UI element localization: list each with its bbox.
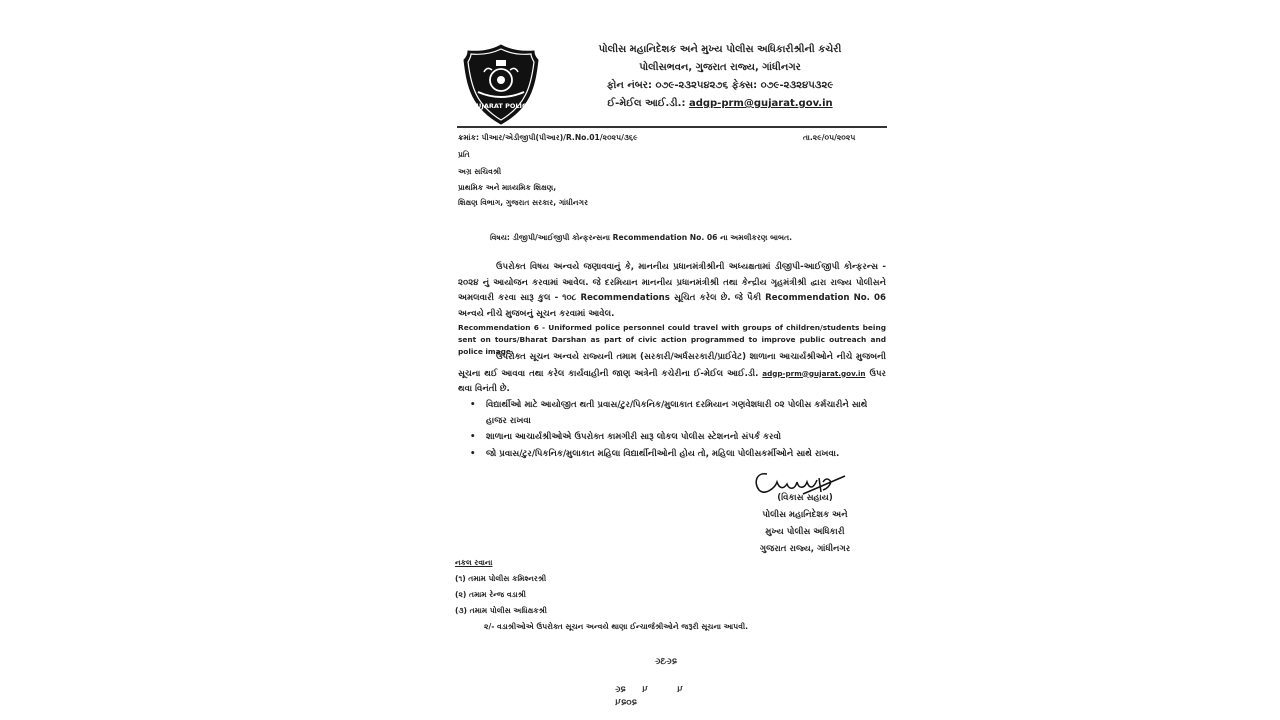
instruction-item: જો પ્રવાસ/ટુર/પિકનિક/મુલાકાત મહિલા વિદ્ય… xyxy=(470,447,886,463)
signatory-title: મુખ્ય પોલીસ અધિકારી xyxy=(740,524,870,541)
reference-number: ક્રમાંક: પીઆર/એડીજીપી(પીઆર)/R.No.01/૨૦૨૫… xyxy=(458,133,638,143)
signatory-title: પોલીસ મહાનિદેશક અને xyxy=(740,507,870,524)
header-email-link[interactable]: adgp-prm@gujarat.gov.in xyxy=(689,98,833,109)
instruction-item: વિદ્યાર્થીઓ માટે આયોજીત થતી પ્રવાસ/ટુર/પ… xyxy=(470,398,886,429)
email-line: ઈ-મેઈલ આઈ.ડી.: adgp-prm@gujarat.gov.in xyxy=(545,98,895,109)
recipient-line: શિક્ષણ વિભાગ, ગુજરાત સરકાર, ગાંધીનગર xyxy=(458,198,588,208)
bleed-through-text: ૨૯૩૯ xyxy=(655,657,677,667)
contact-numbers: ફોન નંબર: ૦૭૯-૨૩૨૫૪૨૭૬ ફેક્સ: ૦૭૯-૨૩૨૪૫૩… xyxy=(545,80,895,91)
body-paragraph-1: ઉપરોક્ત વિષય અન્વયે જણાવવાનું કે, માનનીય… xyxy=(458,260,886,322)
bleed-through-text: ૫ xyxy=(642,685,648,695)
bleed-through-text: ૫ xyxy=(677,685,683,695)
recipient-line: પ્રાથમિક અને માધ્યમિક શિક્ષણ, xyxy=(458,183,556,193)
copy-to-note: ૨/- વડાશ્રીઓએ ઉપરોક્ત સૂચન અન્વયે થાણા ઈ… xyxy=(484,622,748,632)
bleed-through-text: ૨૯ xyxy=(615,685,626,695)
copy-to-heading: નકલ રવાના xyxy=(455,558,492,568)
email-label: ઈ-મેઈલ આઈ.ડી.: xyxy=(607,98,685,109)
recipient-prefix: પ્રતિ xyxy=(458,150,470,160)
instruction-list: વિદ્યાર્થીઓ માટે આયોજીત થતી પ્રવાસ/ટુર/પ… xyxy=(470,398,886,463)
body-paragraph-2: ઉપરોક્ત સૂચન અન્વયે રાજ્યની તમામ (સરકારી… xyxy=(458,350,886,398)
subject-line: વિષય: ડીજીપી/આઈજીપી કોન્ફરન્સના Recommen… xyxy=(490,233,792,243)
letter-date: તા.૨૯/૦૫/૨૦૨૫ xyxy=(803,133,855,143)
copy-to-item: (૧) તમામ પોલીસ કમિશ્નરશ્રી xyxy=(455,574,546,584)
bleed-through-text: ૨૦૨૫ xyxy=(615,698,637,708)
signatory-name: (વિકાસ સહાય) xyxy=(740,490,870,507)
office-name: પોલીસ મહાનિદેશક અને મુખ્ય પોલીસ અધિકારીશ… xyxy=(545,44,895,55)
header-divider xyxy=(457,126,887,128)
office-address: પોલીસભવન, ગુજરાત રાજ્ય, ગાંધીનગર xyxy=(545,62,895,73)
instruction-item: શાળાના આચાર્યશ્રીઓએ ઉપરોક્ત કામગીરી સારૂ… xyxy=(470,430,886,446)
svg-text:GUJARAT POLICE: GUJARAT POLICE xyxy=(471,102,531,110)
police-badge-icon: GUJARAT POLICE xyxy=(462,42,540,126)
copy-to-item: (૩) તમામ પોલીસ અધિક્ષકશ્રી xyxy=(455,606,547,616)
signatory-title: ગુજરાત રાજ્ય, ગાંધીનગર xyxy=(740,541,870,558)
para2-email-link[interactable]: adgp-prm@gujarat.gov.in xyxy=(762,369,865,378)
copy-to-item: (૨) તમામ રેન્જ વડાશ્રી xyxy=(455,590,526,600)
recipient-line: અગ્ર સચિવશ્રી xyxy=(458,167,501,177)
